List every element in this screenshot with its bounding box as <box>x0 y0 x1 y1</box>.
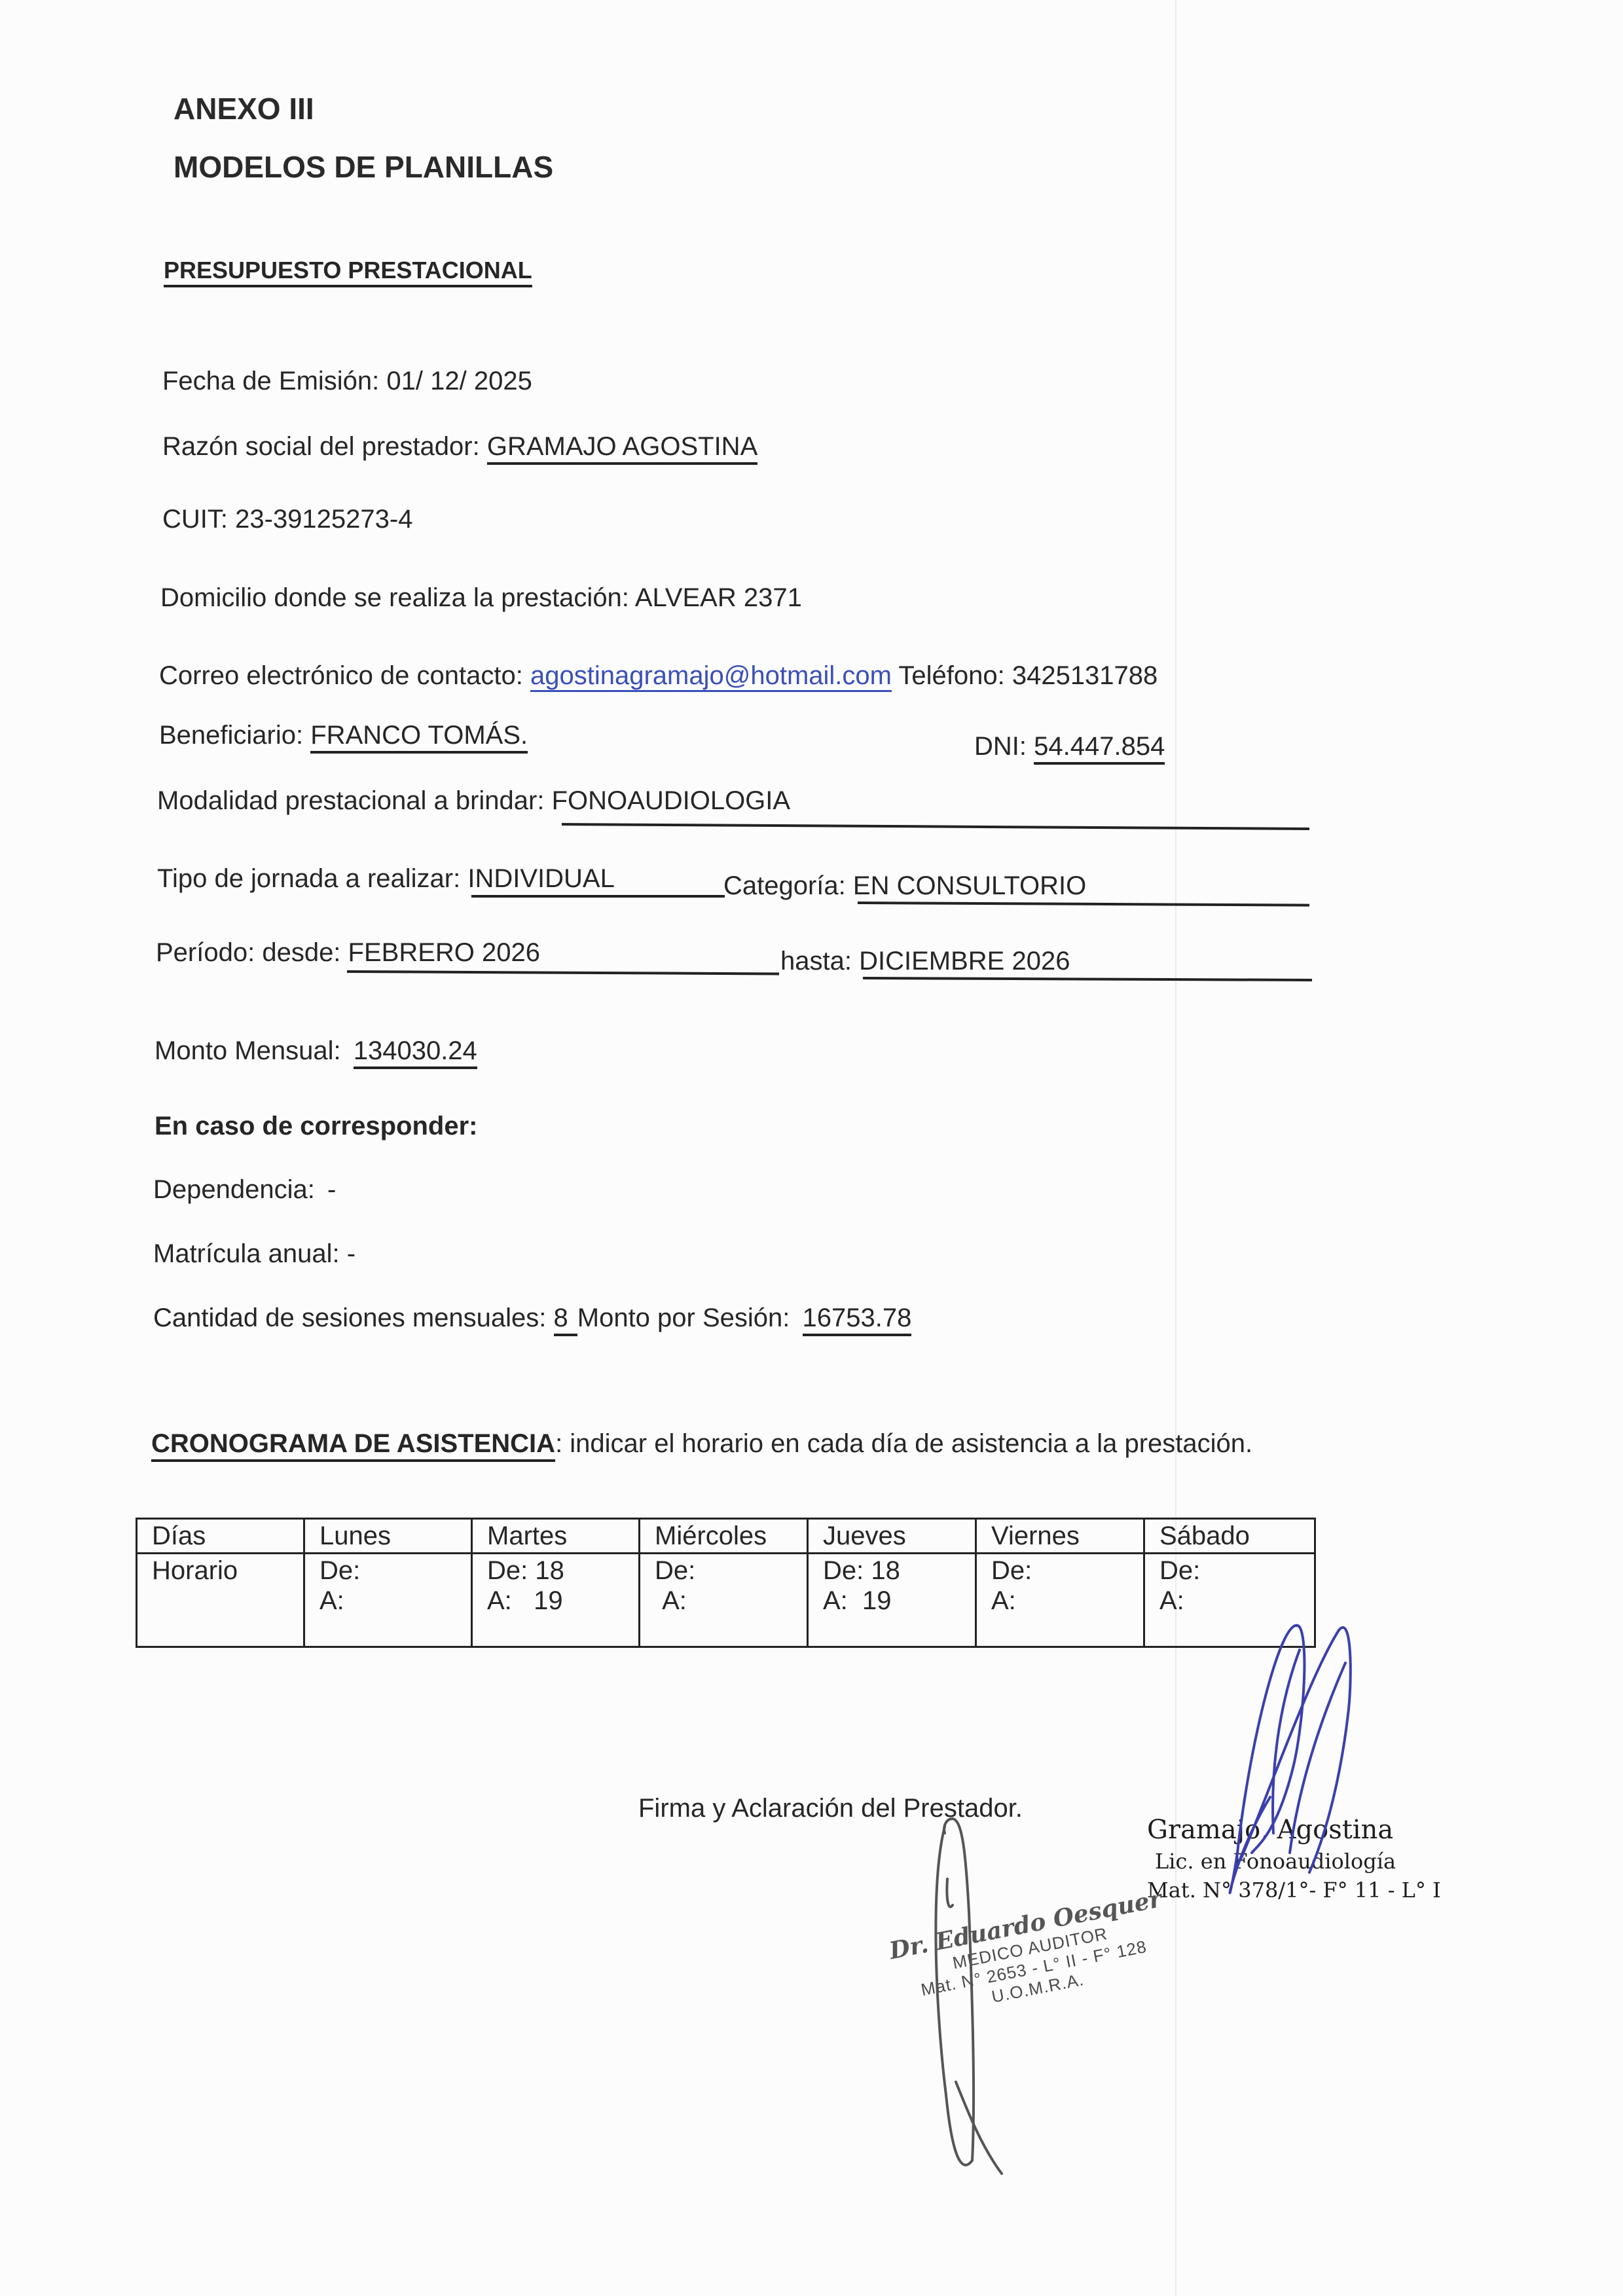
dni-value: 54.447.854 <box>1034 732 1165 765</box>
cronograma-heading: CRONOGRAMA DE ASISTENCIA <box>151 1429 555 1462</box>
day-header-miercoles: Miércoles <box>640 1519 808 1554</box>
field-dependencia: Dependencia: - <box>153 1176 336 1203</box>
to-line: A: 19 <box>487 1586 638 1616</box>
razon-value: GRAMAJO AGOSTINA <box>487 432 757 465</box>
scan-artifact <box>1175 0 1176 2296</box>
cuit-value: 23-39125273-4 <box>235 505 412 534</box>
matricula-value: - <box>347 1239 356 1268</box>
document-title: MODELOS DE PLANILLAS <box>173 152 553 182</box>
domicilio-value: ALVEAR 2371 <box>635 583 802 612</box>
desde-underline <box>347 970 779 975</box>
day-header-lunes: Lunes <box>304 1519 472 1554</box>
hours-cell-jueves: De: 18 A: 19 <box>808 1554 976 1647</box>
hours-cell-martes: De: 18 A: 19 <box>472 1554 640 1647</box>
sesiones-value: 8 <box>554 1303 577 1336</box>
from-label: De: <box>823 1556 864 1585</box>
jornada-underline <box>471 895 725 898</box>
field-razon-social: Razón social del prestador: GRAMAJO AGOS… <box>162 433 757 460</box>
field-matricula: Matrícula anual: - <box>153 1241 356 1267</box>
from-line: De: 18 <box>487 1556 638 1586</box>
provider-stamp-name: Gramajo, Agostina <box>1147 1815 1441 1845</box>
field-cuit: CUIT: 23-39125273-4 <box>162 506 412 532</box>
hasta-underline <box>863 977 1312 981</box>
fecha-value: 01/ 12/ 2025 <box>386 367 532 395</box>
jornada-label: Tipo de jornada a realizar: <box>157 864 460 893</box>
sesiones-label: Cantidad de sesiones mensuales: <box>153 1303 546 1332</box>
field-categoria: Categoría: EN CONSULTORIO <box>723 873 1086 899</box>
from-label: De: <box>655 1556 695 1585</box>
provider-stamp: Gramajo, Agostina Lic. en Fonoaudiología… <box>1147 1815 1441 1906</box>
provider-stamp-registration: Mat. N° 378/1°- F° 11 - L° I <box>1147 1878 1441 1903</box>
monto-mensual-label: Monto Mensual: <box>155 1036 341 1065</box>
to-label: A: <box>1159 1586 1184 1615</box>
schedule-hours-row: Horario De: A: De: 18 A: 19 De: A: De: 1… <box>137 1554 1315 1647</box>
field-sesiones: Cantidad de sesiones mensuales: 8Monto p… <box>153 1305 911 1331</box>
to-line: A: <box>655 1586 807 1616</box>
modalidad-label: Modalidad prestacional a brindar: <box>157 786 544 815</box>
to-label: A: <box>662 1586 687 1615</box>
to-label: A: <box>487 1586 512 1615</box>
to-line: A: <box>991 1586 1143 1616</box>
categoria-value: EN CONSULTORIO <box>853 871 1086 900</box>
telefono-value: 3425131788 <box>1012 661 1158 690</box>
email-link[interactable]: agostinagramajo@hotmail.com <box>530 661 892 692</box>
hours-header-cell: Horario <box>137 1554 304 1647</box>
section-title-text: PRESUPUESTO PRESTACIONAL <box>164 257 532 287</box>
categoria-underline <box>858 902 1309 907</box>
from-value: 18 <box>871 1556 900 1585</box>
day-header-sabado: Sábado <box>1144 1519 1315 1554</box>
hours-cell-miercoles: De: A: <box>640 1554 808 1647</box>
cronograma-instruction: : indicar el horario en cada día de asis… <box>555 1429 1252 1458</box>
to-value: 19 <box>534 1586 563 1615</box>
field-contacto: Correo electrónico de contacto: agostina… <box>159 663 1158 689</box>
field-monto-mensual: Monto Mensual: 134030.24 <box>155 1038 477 1064</box>
dependencia-value: - <box>327 1175 336 1204</box>
dni-label: DNI: <box>974 732 1027 761</box>
domicilio-label: Domicilio donde se realiza la prestación… <box>160 583 629 612</box>
hours-cell-lunes: De: A: <box>304 1554 472 1647</box>
optional-heading: En caso de corresponder: <box>155 1113 477 1139</box>
field-dni: DNI: 54.447.854 <box>974 733 1165 759</box>
matricula-label: Matrícula anual: <box>153 1239 340 1268</box>
days-header-cell: Días <box>137 1519 304 1554</box>
from-label: De: <box>991 1556 1032 1585</box>
from-line: De: <box>655 1556 807 1586</box>
hours-cell-viernes: De: A: <box>976 1554 1144 1647</box>
provider-stamp-title: Lic. en Fonoaudiología <box>1155 1849 1441 1874</box>
dependencia-label: Dependencia: <box>153 1175 315 1204</box>
to-label: A: <box>319 1586 344 1615</box>
beneficiario-value: FRANCO TOMÁS. <box>310 721 528 754</box>
periodo-label: Período: desde: <box>156 938 340 967</box>
monto-sesion-value: 16753.78 <box>803 1303 912 1336</box>
section-title: PRESUPUESTO PRESTACIONAL <box>164 259 532 282</box>
monto-sesion-label: Monto por Sesión: <box>577 1303 790 1332</box>
field-domicilio: Domicilio donde se realiza la prestación… <box>160 585 802 611</box>
modalidad-underline <box>562 823 1309 830</box>
hasta-label: hasta: <box>780 947 852 975</box>
schedule-table: Días Lunes Martes Miércoles Jueves Viern… <box>136 1518 1316 1648</box>
monto-mensual-value: 134030.24 <box>354 1036 477 1069</box>
document-page: ANEXO III MODELOS DE PLANILLAS PRESUPUES… <box>0 0 1623 2296</box>
telefono-label: Teléfono: <box>898 661 1004 690</box>
modalidad-value: FONOAUDIOLOGIA <box>552 786 791 815</box>
periodo-desde-value: FEBRERO 2026 <box>348 938 540 967</box>
to-line: A: <box>319 1586 471 1616</box>
schedule-days-row: Días Lunes Martes Miércoles Jueves Viern… <box>137 1519 1315 1554</box>
correo-label: Correo electrónico de contacto: <box>159 661 523 690</box>
from-label: De: <box>319 1556 360 1585</box>
jornada-value: INDIVIDUAL <box>467 864 615 893</box>
fecha-label: Fecha de Emisión: <box>162 367 379 395</box>
to-line: A: <box>1159 1586 1314 1616</box>
to-line: A: 19 <box>823 1586 975 1616</box>
day-header-viernes: Viernes <box>976 1519 1144 1554</box>
from-line: De: <box>1159 1556 1314 1586</box>
periodo-hasta-value: DICIEMBRE 2026 <box>859 947 1070 975</box>
to-label: A: <box>823 1586 848 1615</box>
annex-heading: ANEXO III <box>173 94 314 124</box>
from-line: De: <box>991 1556 1143 1586</box>
beneficiario-label: Beneficiario: <box>159 721 303 750</box>
field-periodo-desde: Período: desde: FEBRERO 2026 <box>156 939 540 966</box>
auditor-stamp: Dr. Eduardo Oesquer MEDICO AUDITOR Mat. … <box>887 1885 1175 2024</box>
day-header-martes: Martes <box>472 1519 640 1554</box>
field-modalidad: Modalidad prestacional a brindar: FONOAU… <box>157 788 790 814</box>
to-label: A: <box>991 1586 1016 1615</box>
cronograma-header: CRONOGRAMA DE ASISTENCIA: indicar el hor… <box>151 1430 1252 1457</box>
categoria-label: Categoría: <box>723 871 846 900</box>
from-line: De: 18 <box>823 1556 975 1586</box>
field-beneficiario: Beneficiario: FRANCO TOMÁS. <box>159 722 528 748</box>
day-header-jueves: Jueves <box>808 1519 976 1554</box>
field-periodo-hasta: hasta: DICIEMBRE 2026 <box>780 948 1070 974</box>
razon-label: Razón social del prestador: <box>162 432 480 461</box>
field-jornada: Tipo de jornada a realizar: INDIVIDUAL <box>157 866 615 892</box>
from-label: De: <box>1159 1556 1200 1585</box>
from-value: 18 <box>535 1556 564 1585</box>
handwritten-signatures <box>0 0 1623 2296</box>
to-value: 19 <box>862 1586 892 1615</box>
cuit-label: CUIT: <box>162 505 228 534</box>
from-label: De: <box>487 1556 528 1585</box>
field-fecha: Fecha de Emisión: 01/ 12/ 2025 <box>162 368 532 394</box>
from-line: De: <box>319 1556 471 1586</box>
hours-cell-sabado: De: A: <box>1144 1554 1315 1647</box>
signature-caption: Firma y Aclaración del Prestador. <box>638 1795 1023 1821</box>
